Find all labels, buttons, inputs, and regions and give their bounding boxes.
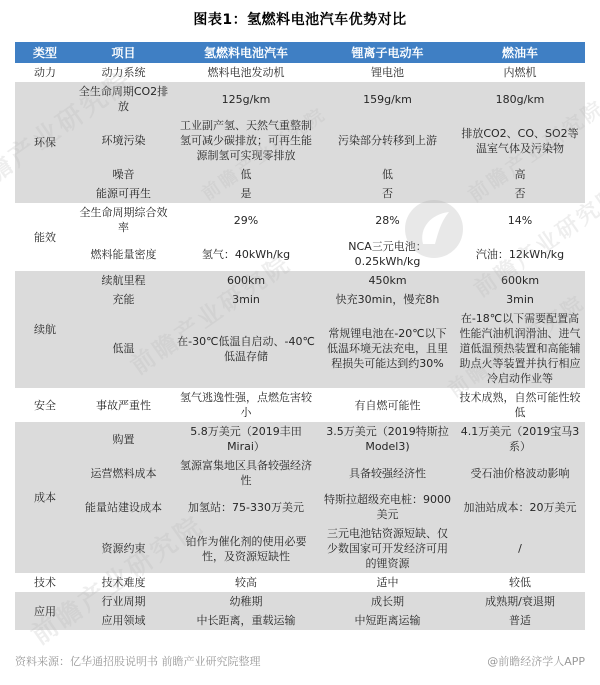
value-cell: 燃料电池发动机 — [172, 63, 320, 82]
value-cell: 中短距离运输 — [320, 611, 455, 630]
table-row: 低温在-30℃低温自启动、-40℃低温存储常规锂电池在-20℃以下低温环境无法充… — [15, 309, 585, 388]
value-cell: 加油站成本：20万美元 — [455, 490, 585, 524]
value-cell: 600km — [172, 271, 320, 290]
figure-page: 图表1：氢燃料电池汽车优势对比 类型项目氢燃料电池汽车锂离子电动车燃油车 动力动… — [0, 0, 600, 685]
column-header: 氢燃料电池汽车 — [172, 42, 320, 63]
value-cell: 常规锂电池在-20℃以下低温环境无法充电，且里程损失可能达到约30% — [320, 309, 455, 388]
value-cell: 具备较强经济性 — [320, 456, 455, 490]
table-row: 燃料能量密度氢气：40kWh/kgNCA三元电池：0.25kWh/kg汽油：12… — [15, 237, 585, 271]
value-cell: 铂作为催化剂的使用必要性，及资源短缺性 — [172, 524, 320, 573]
item-cell: 资源约束 — [75, 524, 172, 573]
column-header: 类型 — [15, 42, 75, 63]
item-cell: 噪音 — [75, 165, 172, 184]
value-cell: 在-30℃低温自启动、-40℃低温存储 — [172, 309, 320, 388]
value-cell: 加氢站：75-330万美元 — [172, 490, 320, 524]
value-cell: 内燃机 — [455, 63, 585, 82]
table-row: 动力动力系统燃料电池发动机锂电池内燃机 — [15, 63, 585, 82]
value-cell: 氢气逃逸性强，点燃危害较小 — [172, 388, 320, 422]
value-cell: 工业副产氢、天然气重整制氢可减少碳排放；可再生能源制氢可实现零排放 — [172, 116, 320, 165]
item-cell: 环境污染 — [75, 116, 172, 165]
item-cell: 能量站建设成本 — [75, 490, 172, 524]
item-cell: 低温 — [75, 309, 172, 388]
value-cell: NCA三元电池：0.25kWh/kg — [320, 237, 455, 271]
source-note: 资料来源：亿华通招股说明书 前瞻产业研究院整理 — [15, 653, 261, 669]
item-cell: 续航里程 — [75, 271, 172, 290]
table-row: 资源约束铂作为催化剂的使用必要性，及资源短缺性三元电池钴资源短缺、仅少数国家可开… — [15, 524, 585, 573]
value-cell: 污染部分转移到上游 — [320, 116, 455, 165]
item-cell: 运营燃料成本 — [75, 456, 172, 490]
category-cell: 技术 — [15, 573, 75, 592]
category-cell: 能效 — [15, 203, 75, 271]
value-cell: 3.5万美元（2019特斯拉Model3) — [320, 422, 455, 456]
value-cell: 较低 — [455, 573, 585, 592]
value-cell: 成熟期/衰退期 — [455, 592, 585, 611]
value-cell: 否 — [455, 184, 585, 203]
footer: 资料来源：亿华通招股说明书 前瞻产业研究院整理 @前瞻经济学人APP — [15, 653, 585, 669]
item-cell: 购置 — [75, 422, 172, 456]
table-body: 动力动力系统燃料电池发动机锂电池内燃机环保全生命周期CO2排放125g/km15… — [15, 63, 585, 630]
value-cell: 幼稚期 — [172, 592, 320, 611]
item-cell: 燃料能量密度 — [75, 237, 172, 271]
value-cell: 有自燃可能性 — [320, 388, 455, 422]
item-cell: 应用领域 — [75, 611, 172, 630]
table-row: 技术技术难度较高适中较低 — [15, 573, 585, 592]
value-cell: 450km — [320, 271, 455, 290]
value-cell: 180g/km — [455, 82, 585, 116]
item-cell: 能源可再生 — [75, 184, 172, 203]
value-cell: 低 — [320, 165, 455, 184]
value-cell: 特斯拉超级充电桩：9000美元 — [320, 490, 455, 524]
item-cell: 充能 — [75, 290, 172, 309]
item-cell: 全生命周期综合效率 — [75, 203, 172, 237]
value-cell: 159g/km — [320, 82, 455, 116]
value-cell: 中长距离，重载运输 — [172, 611, 320, 630]
category-cell: 动力 — [15, 63, 75, 82]
value-cell: 受石油价格波动影响 — [455, 456, 585, 490]
value-cell: 28% — [320, 203, 455, 237]
value-cell: 排放CO2、CO、SO2等温室气体及污染物 — [455, 116, 585, 165]
item-cell: 事故严重性 — [75, 388, 172, 422]
item-cell: 全生命周期CO2排放 — [75, 82, 172, 116]
item-cell: 技术难度 — [75, 573, 172, 592]
value-cell: 高 — [455, 165, 585, 184]
value-cell: 3min — [172, 290, 320, 309]
table-row: 噪音低低高 — [15, 165, 585, 184]
category-cell: 安全 — [15, 388, 75, 422]
column-header: 燃油车 — [455, 42, 585, 63]
column-header: 项目 — [75, 42, 172, 63]
value-cell: 125g/km — [172, 82, 320, 116]
value-cell: 锂电池 — [320, 63, 455, 82]
table-row: 充能3min快充30min，慢充8h3min — [15, 290, 585, 309]
category-cell: 应用 — [15, 592, 75, 630]
value-cell: 5.8万美元（2019丰田Mirai） — [172, 422, 320, 456]
value-cell: 否 — [320, 184, 455, 203]
table-row: 环境污染工业副产氢、天然气重整制氢可减少碳排放；可再生能源制氢可实现零排放污染部… — [15, 116, 585, 165]
value-cell: 汽油：12kWh/kg — [455, 237, 585, 271]
table-row: 应用行业周期幼稚期成长期成熟期/衰退期 — [15, 592, 585, 611]
value-cell: 技术成熟，自然可能性较低 — [455, 388, 585, 422]
value-cell: 快充30min，慢充8h — [320, 290, 455, 309]
value-cell: 成长期 — [320, 592, 455, 611]
value-cell: / — [455, 524, 585, 573]
value-cell: 是 — [172, 184, 320, 203]
value-cell: 适中 — [320, 573, 455, 592]
page-title: 图表1：氢燃料电池汽车优势对比 — [0, 0, 600, 29]
comparison-table: 类型项目氢燃料电池汽车锂离子电动车燃油车 动力动力系统燃料电池发动机锂电池内燃机… — [15, 42, 585, 630]
category-cell: 成本 — [15, 422, 75, 573]
table-row: 能效全生命周期综合效率29%28%14% — [15, 203, 585, 237]
value-cell: 低 — [172, 165, 320, 184]
table-row: 环保全生命周期CO2排放125g/km159g/km180g/km — [15, 82, 585, 116]
table-header: 类型项目氢燃料电池汽车锂离子电动车燃油车 — [15, 42, 585, 63]
category-cell: 环保 — [15, 82, 75, 203]
table-row: 应用领域中长距离，重载运输中短距离运输普适 — [15, 611, 585, 630]
column-header: 锂离子电动车 — [320, 42, 455, 63]
value-cell: 三元电池钴资源短缺、仅少数国家可开发经济可用的锂资源 — [320, 524, 455, 573]
value-cell: 4.1万美元（2019宝马3系） — [455, 422, 585, 456]
item-cell: 行业周期 — [75, 592, 172, 611]
table-row: 成本购置5.8万美元（2019丰田Mirai）3.5万美元（2019特斯拉Mod… — [15, 422, 585, 456]
value-cell: 氢源富集地区具备较强经济性 — [172, 456, 320, 490]
value-cell: 600km — [455, 271, 585, 290]
value-cell: 29% — [172, 203, 320, 237]
item-cell: 动力系统 — [75, 63, 172, 82]
table-row: 能源可再生是否否 — [15, 184, 585, 203]
table-row: 能量站建设成本加氢站：75-330万美元特斯拉超级充电桩：9000美元加油站成本… — [15, 490, 585, 524]
table-row: 安全事故严重性氢气逃逸性强，点燃危害较小有自燃可能性技术成熟，自然可能性较低 — [15, 388, 585, 422]
value-cell: 普适 — [455, 611, 585, 630]
value-cell: 较高 — [172, 573, 320, 592]
value-cell: 氢气：40kWh/kg — [172, 237, 320, 271]
category-cell: 续航 — [15, 271, 75, 388]
table-row: 续航续航里程600km450km600km — [15, 271, 585, 290]
header-row: 类型项目氢燃料电池汽车锂离子电动车燃油车 — [15, 42, 585, 63]
table-row: 运营燃料成本氢源富集地区具备较强经济性具备较强经济性受石油价格波动影响 — [15, 456, 585, 490]
value-cell: 14% — [455, 203, 585, 237]
credit-note: @前瞻经济学人APP — [487, 653, 585, 669]
value-cell: 在-18℃以下需要配置高性能汽油机润滑油、进气道低温预热装置和高能辅助点火等装置… — [455, 309, 585, 388]
value-cell: 3min — [455, 290, 585, 309]
